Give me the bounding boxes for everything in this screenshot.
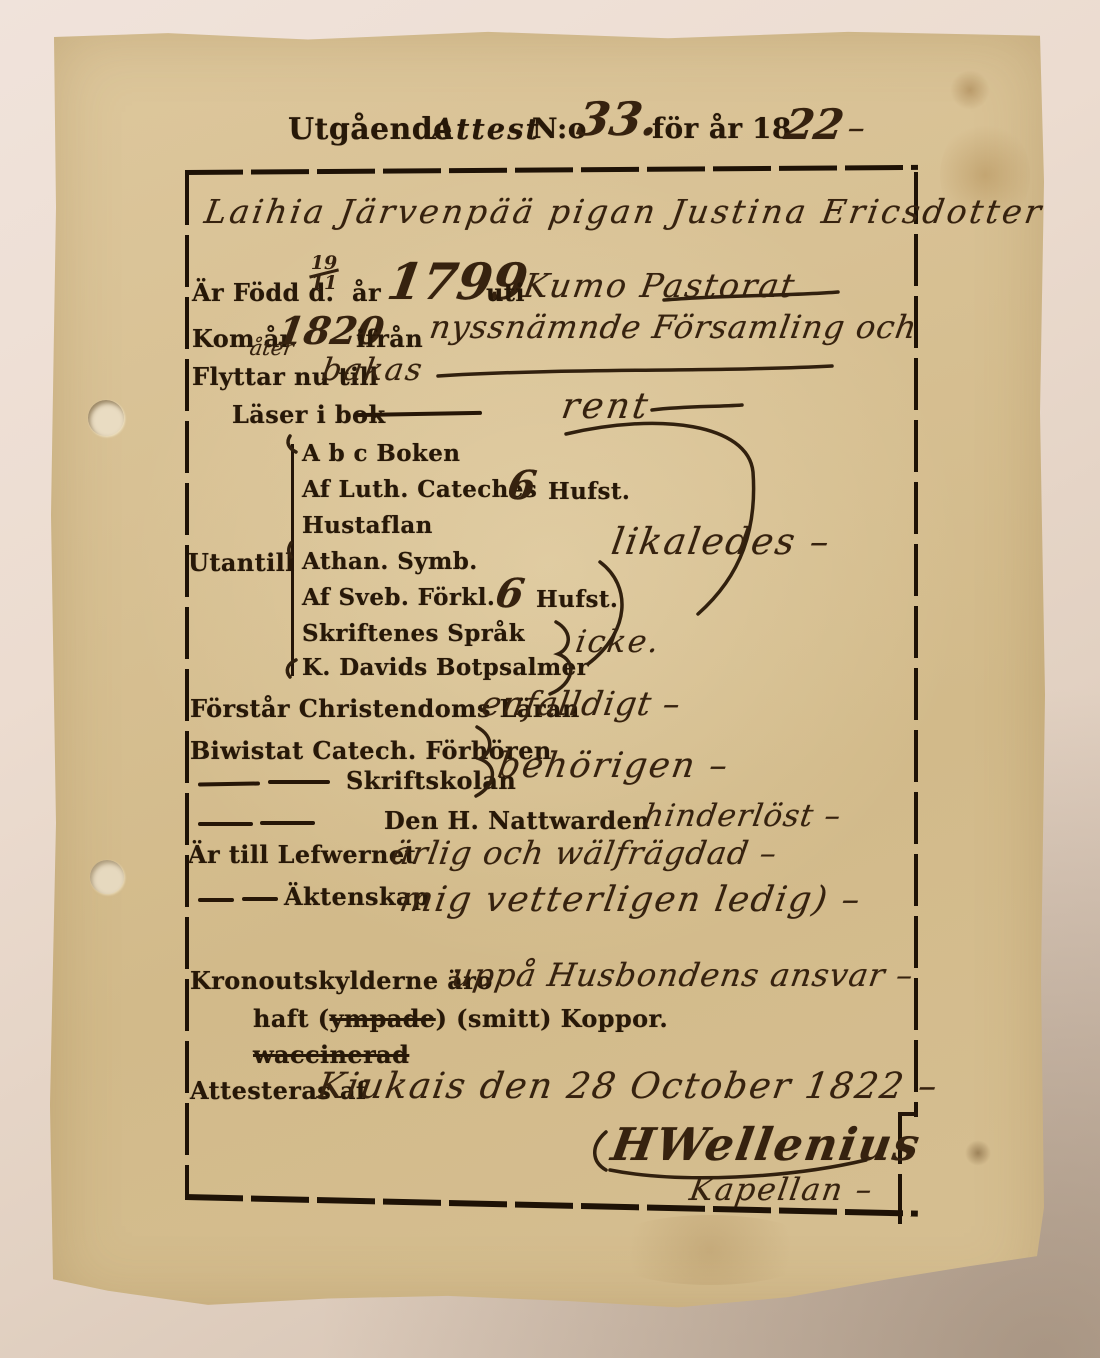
utantill-icke: icke.: [573, 624, 663, 660]
title-for-ar: för år: [652, 112, 743, 145]
reads-text: rent: [559, 386, 654, 427]
printed-rule: [242, 897, 278, 901]
born-ar-label: år: [352, 278, 381, 307]
title-attest-number: 33.: [574, 92, 663, 146]
attesteras-text: Kiukais den 28 October 1822 –: [315, 1066, 942, 1107]
born-date-fraction: 19 11: [306, 256, 342, 291]
nattvarden-label: Den H. Nattwarden: [384, 806, 650, 835]
photo-of-document: { "document": { "title": { "utgaende": "…: [0, 0, 1100, 1358]
skriftskolan-label: Skriftskolan: [346, 766, 516, 795]
punch-hole-bottom: [90, 860, 124, 894]
book-item-sveb-suffix: Hufst.: [536, 586, 618, 613]
koppor-line: haft (ympade) (smitt) Koppor.: [253, 1004, 668, 1033]
book-item-cateches: Af Luth. Cateches: [302, 476, 537, 503]
born-month: 11: [306, 276, 342, 291]
utantill-likaledes: likaledes –: [609, 520, 835, 563]
skriftskolan-text: behörigen –: [495, 746, 732, 786]
book-item-cateches-suffix: Hufst.: [548, 478, 630, 505]
attended-label: Biwistat Catech. Förhören: [190, 736, 552, 765]
printed-rule: [198, 898, 234, 902]
book-list-brace: [291, 444, 294, 676]
kronoutskylder-label: Kronoutskylderne äro: [190, 966, 493, 995]
came-ifran-label: ifrån: [356, 324, 423, 353]
came-text: nyssnämnde Församling och: [427, 308, 920, 346]
title-year-handwritten: 22: [781, 100, 847, 149]
lefwernet-label: Är till Lefwernet: [188, 840, 416, 869]
punch-hole-top: [88, 400, 124, 436]
person-name-line: Laihia Järvenpää pigan Justina Ericsdott…: [202, 192, 1047, 231]
koppor-struck-word: ympade: [330, 1004, 436, 1033]
form-border-left: [185, 173, 189, 1199]
born-uti-label: uti: [486, 278, 525, 307]
waccinerad-label: waccinerad: [253, 1040, 409, 1069]
understands-text: enfalldigt –: [479, 684, 684, 723]
nattvarden-text: hinderlöst –: [641, 798, 844, 834]
moves-above-insert: åter: [248, 336, 295, 360]
book-item-sveb: Af Sveb. Förkl.: [302, 584, 495, 611]
book-item-athan: Athan. Symb.: [302, 548, 478, 575]
title-word-utgaende: Utgående: [288, 112, 453, 147]
koppor-pre: haft (: [253, 1004, 330, 1033]
title-word-attest: Attest: [432, 112, 541, 146]
born-parish: Kumo Pastorat: [521, 266, 799, 305]
form-border-right-jog: [898, 1112, 918, 1116]
book-item-skriftenes: Skriftenes Språk: [302, 620, 525, 647]
signature-title: Kapellan –: [687, 1172, 876, 1208]
lefwernet-text: ärlig och wälfrägdad –: [389, 834, 780, 872]
book-item-davids: K. Davids Botpsalmer: [302, 654, 589, 681]
utantill-label: Utantill: [188, 548, 295, 577]
aktenskap-text: mig vetterligen ledig) –: [397, 880, 865, 920]
printed-rule: [198, 822, 253, 826]
printed-rule: [268, 780, 330, 784]
book-item-abc: A b c Boken: [302, 440, 460, 467]
signature-name: HWellenius: [608, 1118, 925, 1171]
book-item-hustaflan: Hustaflan: [302, 512, 433, 539]
printed-rule: [260, 821, 315, 825]
kronoutskylder-text: uppå Husbondens ansvar –: [449, 956, 917, 994]
koppor-post: ) (smitt) Koppor.: [436, 1004, 668, 1033]
moves-text: bakas: [319, 352, 426, 388]
